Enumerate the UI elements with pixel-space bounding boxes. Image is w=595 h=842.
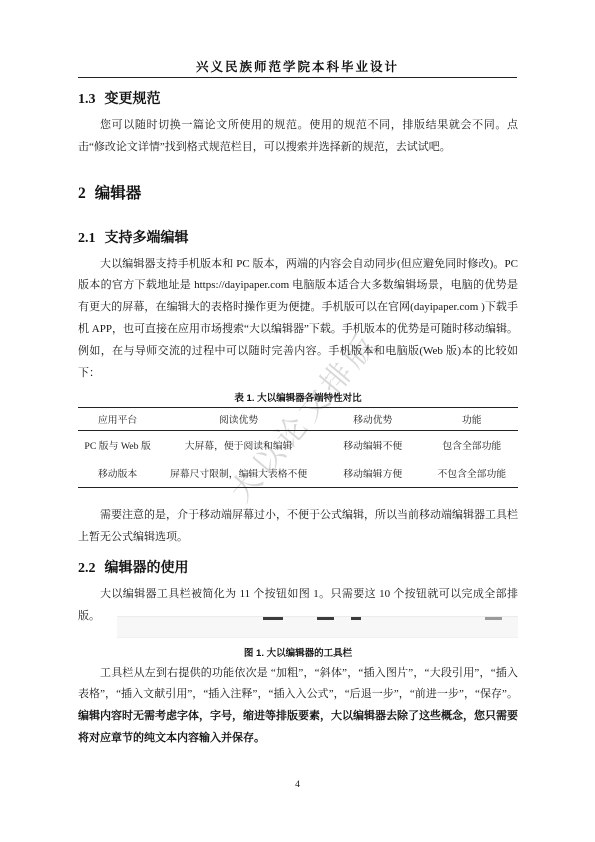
section-heading-2: 2编辑器 bbox=[78, 181, 518, 203]
paragraph-note-formula: 需要注意的是，介于移动端屏幕过小，不便于公式编辑，所以当前移动端编辑器工具栏上暂… bbox=[78, 505, 518, 549]
toolbar-functions-text: 工具栏从左到右提供的功能依次是 “加粗”，“斜体”，“插入图片”，“大段引用”，… bbox=[78, 667, 518, 701]
column-header-mobility: 移动优势 bbox=[320, 408, 426, 431]
comparison-table: 应用平台 阅读优势 移动优势 功能 PC 版与 Web 版 大屏幕，便于阅读和编… bbox=[78, 407, 518, 488]
document-page: 兴义民族师范学院本科毕业设计 大以论文排版 1.3变更规范 您可以随时切换一篇论… bbox=[0, 0, 595, 842]
section-heading-1-3: 1.3变更规范 bbox=[78, 88, 518, 108]
page-number: 4 bbox=[0, 780, 595, 790]
table-row: 移动版本 屏幕尺寸限制，编辑大表格不便 移动编辑方便 不包含全部功能 bbox=[78, 462, 518, 488]
paragraph-toolbar-functions: 工具栏从左到右提供的功能依次是 “加粗”，“斜体”，“插入图片”，“大段引用”，… bbox=[78, 663, 518, 750]
toolbar-mark-icon bbox=[317, 617, 334, 620]
toolbar-functions-bold-text: 编辑内容时无需考虑字体，字号，缩进等排版要素，大以编辑器去除了这些概念，您只需要… bbox=[78, 710, 518, 744]
table-caption: 表 1. 大以编辑器各端特性对比 bbox=[78, 390, 518, 404]
cell-function: 包含全部功能 bbox=[426, 431, 518, 463]
section-title: 编辑器 bbox=[95, 185, 142, 202]
table-row: PC 版与 Web 版 大屏幕，便于阅读和编辑 移动编辑不便 包含全部功能 bbox=[78, 431, 518, 463]
paragraph-multi-device: 大以编辑器支持手机版本和 PC 版本，两端的内容会自动同步(但应避免同时修改)。… bbox=[78, 254, 518, 385]
cell-reading: 屏幕尺寸限制，编辑大表格不便 bbox=[157, 462, 320, 488]
section-title: 变更规范 bbox=[105, 90, 161, 106]
section-number: 2.1 bbox=[78, 231, 96, 246]
section-number: 1.3 bbox=[78, 92, 96, 107]
column-header-platform: 应用平台 bbox=[78, 408, 157, 431]
section-number: 2.2 bbox=[78, 561, 96, 576]
cell-mobility: 移动编辑不便 bbox=[320, 431, 426, 463]
cell-mobility: 移动编辑方便 bbox=[320, 462, 426, 488]
header-rule bbox=[78, 77, 517, 78]
section-heading-2-2: 2.2编辑器的使用 bbox=[78, 557, 518, 577]
cell-function: 不包含全部功能 bbox=[426, 462, 518, 488]
toolbar-mark-icon bbox=[351, 617, 361, 620]
section-number: 2 bbox=[78, 185, 86, 202]
column-header-reading: 阅读优势 bbox=[157, 408, 320, 431]
cell-platform: 移动版本 bbox=[78, 462, 157, 488]
cell-reading: 大屏幕，便于阅读和编辑 bbox=[157, 431, 320, 463]
page-content: 1.3变更规范 您可以随时切换一篇论文所使用的规范。使用的规范不同，排版结果就会… bbox=[78, 88, 518, 750]
toolbar-mark-icon bbox=[263, 617, 283, 620]
toolbar-figure-image bbox=[117, 616, 518, 638]
section-title: 编辑器的使用 bbox=[105, 559, 189, 575]
table-header-row: 应用平台 阅读优势 移动优势 功能 bbox=[78, 408, 518, 431]
toolbar-mark-icon bbox=[485, 617, 502, 620]
section-title: 支持多端编辑 bbox=[105, 229, 189, 245]
section-heading-2-1: 2.1支持多端编辑 bbox=[78, 227, 518, 247]
paragraph-change-spec: 您可以随时切换一篇论文所使用的规范。使用的规范不同，排版结果就会不同。点击“修改… bbox=[78, 115, 518, 159]
column-header-function: 功能 bbox=[426, 408, 518, 431]
running-head-title: 兴义民族师范学院本科毕业设计 bbox=[0, 57, 595, 75]
cell-platform: PC 版与 Web 版 bbox=[78, 431, 157, 463]
figure-caption: 图 1. 大以编辑器的工具栏 bbox=[78, 645, 518, 659]
